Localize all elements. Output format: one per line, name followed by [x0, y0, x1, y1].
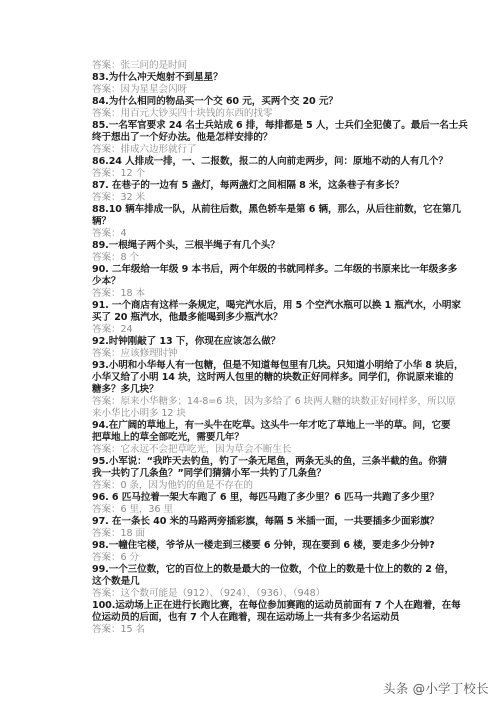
answer-line: 答案：它永远不会把草吃光，因为草会不断生长 [92, 444, 452, 456]
answer-line: 答案：6 分 [92, 552, 452, 564]
question-line: 89.一根绳子两个头，三根半绳子有几个头？ [92, 240, 452, 252]
question-line: 位运动员的后面，也有 7 个人在跑着，现在运动场上一共有多少名运动员 [92, 612, 452, 624]
answer-line: 答案：张三问的是时间 [92, 60, 452, 72]
question-line: 把草地上的草全部吃光，需要几年？ [92, 432, 452, 444]
document-page: 答案：张三问的是时间83.为什么冲天炮射不到星星？答案：因为星星会闪呀84.为什… [92, 60, 452, 636]
answer-line: 答案：6 里，36 里 [92, 504, 452, 516]
question-line: 83.为什么冲天炮射不到星星？ [92, 72, 452, 84]
answer-line: 答案：18 本 [92, 288, 452, 300]
answer-line: 答案：8 个 [92, 252, 452, 264]
answer-line: 答案：用百元大钞买四十块钱的东西的找零 [92, 108, 452, 120]
question-line: 94.在广阔的草地上，有一头牛在吃草。这头牛一年才吃了草地上一半的草。问，它要 [92, 420, 452, 432]
question-line: 终于想出了一个好办法。他是怎样安排的？ [92, 132, 452, 144]
question-line: 这个数是几 [92, 576, 452, 588]
answer-line: 答案：18 面 [92, 528, 452, 540]
question-line: 92.时钟刚敲了 13 下，你现在应该怎么做？ [92, 336, 452, 348]
question-line: 买了 20 瓶汽水，他最多能喝到多少瓶汽水？ [92, 312, 452, 324]
answer-line: 答案：因为星星会闪呀 [92, 84, 452, 96]
question-line: 我一共钓了几条鱼？”同学们猜猜小军一共钓了几条鱼？ [92, 468, 452, 480]
question-line: 95.小军说：“我昨天去钓鱼，钓了一条无尾鱼，两条无头的鱼，三条半截的鱼。你猜 [92, 456, 452, 468]
answer-line: 答案：0 条，因为他钓的鱼是不存在的 [92, 480, 452, 492]
question-line: 87. 在巷子的一边有 5 盏灯，每两盏灯之间相隔 8 米，这条巷子有多长？ [92, 180, 452, 192]
answer-line: 答案：应该修理时钟 [92, 348, 452, 360]
question-line: 98.一幢住宅楼，爷爷从一楼走到三楼要 6 分钟，现在要到 6 楼，要走多少分钟… [92, 540, 452, 552]
answer-line: 答案：32 米 [92, 192, 452, 204]
answer-line: 答案：15 名 [92, 624, 452, 636]
answer-line: 答案：4 [92, 228, 452, 240]
question-line: 小华又给了小明 14 块，这时两人包里的糖的块数正好同样多。同学们，你说原来谁的 [92, 372, 452, 384]
question-line: 100.运动场上正在进行长跑比赛，在每位参加赛跑的运动员前面有 7 个人在跑着，… [92, 600, 452, 612]
watermark: 头条 @小学丁校长 [383, 679, 489, 697]
question-line: 少本？ [92, 276, 452, 288]
question-line: 99.一个三位数，它的百位上的数是最大的一位数，个位上的数是十位上的数的 2 倍… [92, 564, 452, 576]
question-line: 辆？ [92, 216, 452, 228]
question-line: 84.为什么相同的物品买一个交 60 元，买两个交 20 元？ [92, 96, 452, 108]
answer-line: 答案：原来小华糖多；14-8=6 块，因为多给了 6 块两人糖的块数正好同样多，… [92, 396, 452, 408]
answer-line: 答案：12 个 [92, 168, 452, 180]
answer-line: 答案：这个数可能是（912）、（924）、（936）、（948） [92, 588, 452, 600]
answer-line: 答案：排成六边形就行了 [92, 144, 452, 156]
question-line: 91. 一个商店有这样一条规定，喝完汽水后，用 5 个空汽水瓶可以换 1 瓶汽水… [92, 300, 452, 312]
question-line: 糖多？多几块？ [92, 384, 452, 396]
question-line: 90. 二年级给一年级 9 本书后，两个年级的书就同样多。二年级的书原来比一年级… [92, 264, 452, 276]
question-line: 85.一名军官要求 24 名士兵站成 6 排，每排都是 5 人，士兵们全犯傻了。… [92, 120, 452, 132]
question-line: 97. 在一条长 40 米的马路两旁插彩旗，每隔 5 米插一面，一共要插多少面彩… [92, 516, 452, 528]
question-line: 88.10 辆车排成一队，从前往后数，黑色轿车是第 6 辆，那么，从后往前数，它… [92, 204, 452, 216]
question-line: 86.24 人排成一排，一、二报数，报二的人向前走两步，问：原地不动的人有几个？ [92, 156, 452, 168]
answer-line: 来小华比小明多 12 块 [92, 408, 452, 420]
answer-line: 答案：24 [92, 324, 452, 336]
question-line: 93.小明和小华每人有一包糖，但是不知道每包里有几块。只知道小明给了小华 8 块… [92, 360, 452, 372]
question-line: 96. 6 匹马拉着一架大车跑了 6 里，每匹马跑了多少里？6 匹马一共跑了多少… [92, 492, 452, 504]
